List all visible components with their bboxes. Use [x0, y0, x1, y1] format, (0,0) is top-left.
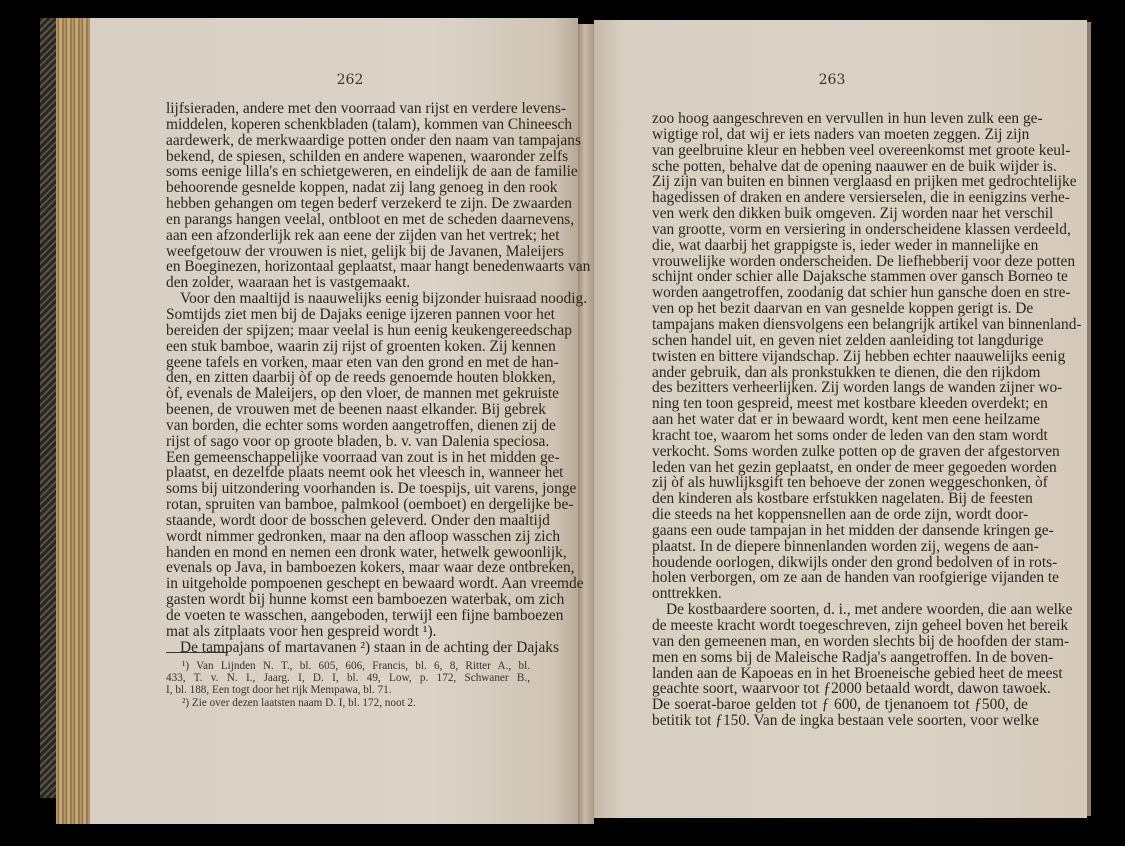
- footnote-rule: [166, 652, 228, 653]
- right-page-edge: [1087, 22, 1091, 816]
- text-line: kracht toe, waarom het soms onder de led…: [652, 428, 1028, 444]
- book-cover-edge: [40, 18, 56, 798]
- text-line: landen aan de Kapoeas en in het Broeneis…: [652, 666, 1028, 682]
- text-line: plaatst. In de diepere binnenlanden word…: [652, 539, 1028, 555]
- text-line: en Boeginezen, horizontaal geplaatst, ma…: [166, 259, 530, 275]
- text-line: den, en zitten daarbij òf op de reeds ge…: [166, 370, 530, 386]
- text-line: beenen, de vrouwen met de beenen naast e…: [166, 402, 530, 418]
- text-line: De tampajans of martavanen ²) staan in d…: [166, 640, 530, 656]
- text-line: verkocht. Soms worden zulke potten op de…: [652, 444, 1028, 460]
- text-line: ning ten toon gespreid, meest met kostba…: [652, 396, 1028, 412]
- left-page-footnotes: ¹) Van Lijnden N. T., bl. 605, 606, Fran…: [166, 660, 530, 709]
- text-line: handen en mond en nemen een dronk water,…: [166, 545, 530, 561]
- text-line: des bezitters verheerlijken. Zij worden …: [652, 380, 1028, 396]
- text-line: in uitgeholde pompoenen geschept en bewa…: [166, 576, 530, 592]
- text-line: plaatst, en dezelfde plaats neemt ook he…: [166, 465, 530, 481]
- text-line: geene tafels en vorken, maar eten van de…: [166, 355, 530, 371]
- text-line: mat als zitplaats voor hen gespreid word…: [166, 624, 530, 640]
- left-page-number: 262: [330, 72, 370, 88]
- text-line: geachte soort, waarvoor tot ƒ2000 betaal…: [652, 681, 1028, 697]
- text-line: De soerat-baroe gelden tot ƒ 600, de tje…: [652, 697, 1028, 713]
- text-line: hebben gehangen om tegen bederf verzeker…: [166, 196, 530, 212]
- text-line: middelen, koperen schenkbladen (talam), …: [166, 117, 530, 133]
- text-line: twisten en bittere vijandschap. Zij hebb…: [652, 349, 1028, 365]
- text-line: schen handel uit, en geven niet zelden a…: [652, 333, 1028, 349]
- text-line: hagedissen of draken en andere versierse…: [652, 190, 1028, 206]
- text-line: sche potten, behalve dat de opening naau…: [652, 159, 1028, 175]
- text-line: soms bij uitzondering voorhanden is. De …: [166, 481, 530, 497]
- text-line: van geelbruine kleur en hebben veel over…: [652, 143, 1028, 159]
- text-line: rotan, spruiten van bamboe, palmkool (oe…: [166, 497, 530, 513]
- text-line: gaans een oude tampajan in het midden de…: [652, 523, 1028, 539]
- text-line: aardewerk, de merkwaardige potten onder …: [166, 133, 530, 149]
- text-line: bereiden der spijzen; maar veelal is hun…: [166, 323, 530, 339]
- text-line: Zij zijn van buiten en binnen verglaasd …: [652, 174, 1028, 190]
- text-line: die steeds na het koppensnellen aan de o…: [652, 507, 1028, 523]
- text-line: aan een afzonderlijk rek aan eene der zi…: [166, 228, 530, 244]
- text-line: den zolder, waaraan het is vastgemaakt.: [166, 275, 530, 291]
- text-line: De kostbaardere soorten, d. i., met ande…: [652, 602, 1028, 618]
- text-line: betitik tot ƒ150. Van de ingka bestaan v…: [652, 713, 1028, 729]
- text-line: ¹) Van Lijnden N. T., bl. 605, 606, Fran…: [166, 660, 530, 672]
- text-line: tampajans maken diensvolgens een belangr…: [652, 317, 1028, 333]
- text-line: vrouwelijke worden onderscheiden. De lie…: [652, 254, 1028, 270]
- text-line: lijfsieraden, andere met den voorraad va…: [166, 101, 530, 117]
- text-line: ander gebruik, dan als pronkstukken te d…: [652, 365, 1028, 381]
- text-line: den kinderen als kostbare erfstukken nag…: [652, 491, 1028, 507]
- text-line: ven op het bezit daarvan en van gesnelde…: [652, 301, 1028, 317]
- text-line: bekend, de spiesen, schilden en andere w…: [166, 149, 530, 165]
- text-line: staande, wordt door de bosschen geleverd…: [166, 513, 530, 529]
- text-line: ven werk den dikken buik omgeven. Zij wo…: [652, 206, 1028, 222]
- text-line: aan het water dat er in bewaard wordt, k…: [652, 412, 1028, 428]
- text-line: wordt nimmer gedronken, maar na den aflo…: [166, 529, 530, 545]
- right-page-body: zoo hoog aangeschreven en vervullen in h…: [652, 111, 1028, 729]
- text-line: worden aangetroffen, zoodanig dat schier…: [652, 285, 1028, 301]
- text-line: weefgetouw der vrouwen is niet, gelijk b…: [166, 244, 530, 260]
- text-line: holen verborgen, om ze aan de handen van…: [652, 570, 1028, 586]
- text-line: de voeten te wasschen, aangeboden, terwi…: [166, 608, 530, 624]
- text-line: wigtige rol, dat wij er iets naders van …: [652, 127, 1028, 143]
- text-line: schijnt onder schier alle Dajaksche stam…: [652, 269, 1028, 285]
- text-line: van den gemeenen man, en worden slechts …: [652, 634, 1028, 650]
- text-line: men en soms bij de Maleische Radja's aan…: [652, 650, 1028, 666]
- text-line: evenals op Java, in bamboezen kokers, ma…: [166, 560, 530, 576]
- text-line: behoorende gesnelde koppen, nadat zij la…: [166, 180, 530, 196]
- text-line: I, bl. 188, Een togt door het rijk Mempa…: [166, 684, 530, 696]
- right-page-number: 263: [812, 72, 852, 88]
- text-line: die, wat daarbij het grappigste is, iede…: [652, 238, 1028, 254]
- open-book-scan: 262 263 lijfsieraden, andere met den voo…: [0, 0, 1125, 846]
- text-line: òf, evenals de Maleijers, op den vloer, …: [166, 386, 530, 402]
- text-line: ²) Zie over dezen laatsten naam D. I, bl…: [166, 697, 530, 709]
- text-line: van grootte, vorm en versiering in onder…: [652, 222, 1028, 238]
- text-line: gasten wordt bij hunne komst een bamboez…: [166, 592, 530, 608]
- text-line: zoo hoog aangeschreven en vervullen in h…: [652, 111, 1028, 127]
- text-line: houdende oorlogen, dikwijls onder den gr…: [652, 555, 1028, 571]
- text-line: en parangs hangen veelal, ontbloot en me…: [166, 212, 530, 228]
- text-line: rijst of sago voor op groote bladen, b. …: [166, 434, 530, 450]
- text-line: onttrekken.: [652, 586, 1028, 602]
- text-line: leden van het gezin geplaatst, en onder …: [652, 460, 1028, 476]
- text-line: Een gemeenschappelijke voorraad van zout…: [166, 450, 530, 466]
- text-line: soms eenige lilla's en schietgeweren, en…: [166, 164, 530, 180]
- text-line: een stuk bamboe, waarin zij rijst of gro…: [166, 339, 530, 355]
- text-line: Voor den maaltijd is naauwelijks eenig b…: [166, 291, 530, 307]
- page-stack-edge: [56, 18, 92, 824]
- text-line: zij òf als huwlijksgift ten behoeve der …: [652, 475, 1028, 491]
- text-line: 433, T. v. N. I., Jaarg. I, D. I, bl. 49…: [166, 672, 530, 684]
- left-page-body: lijfsieraden, andere met den voorraad va…: [166, 101, 530, 656]
- text-line: van borden, die echter soms worden aange…: [166, 418, 530, 434]
- text-line: Somtijds ziet men bij de Dajaks eenige i…: [166, 307, 530, 323]
- text-line: de meeste kracht wordt toegeschreven, zi…: [652, 618, 1028, 634]
